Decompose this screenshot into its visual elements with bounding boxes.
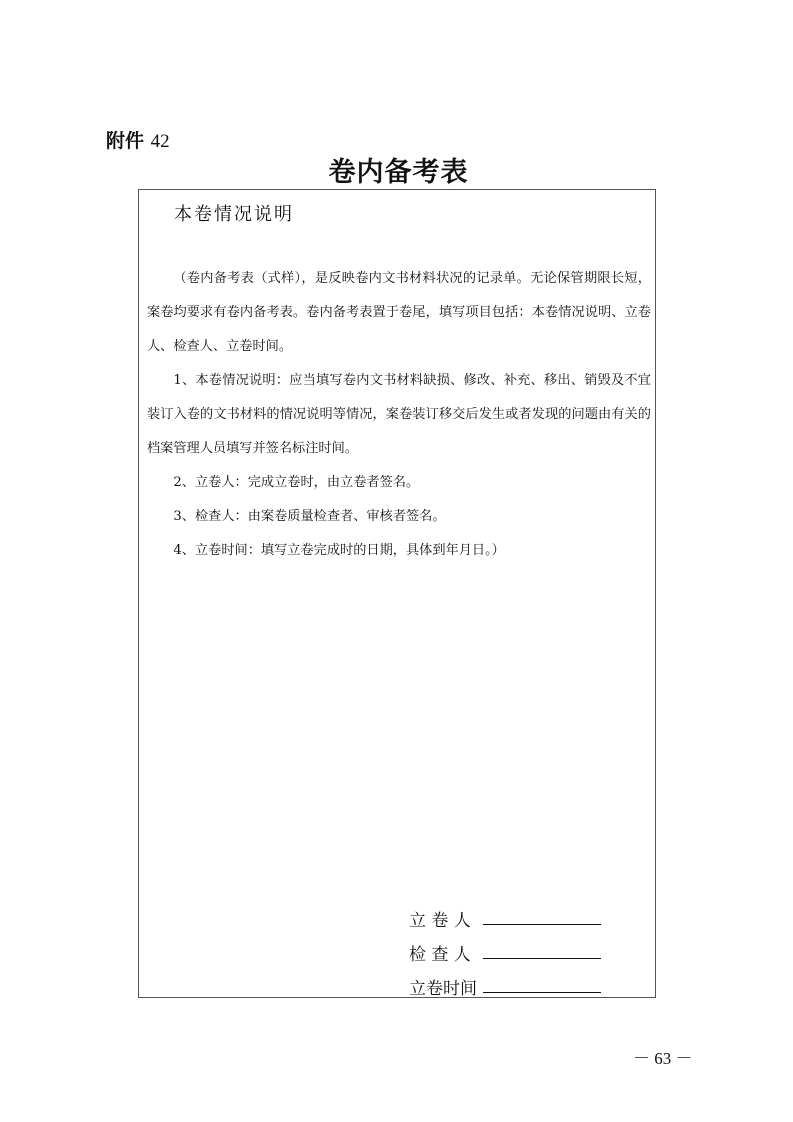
checker-signature-field[interactable]: [483, 938, 601, 959]
signature-row-filer: 立 卷 人: [409, 897, 601, 931]
paragraph-intro: （卷内备考表（式样），是反映卷内文书材料状况的记录单。无论保管期限长短，案卷均要…: [147, 262, 651, 364]
filer-signature-field[interactable]: [483, 904, 601, 925]
signature-row-date: 立卷时间: [409, 965, 601, 999]
filing-date-label: 立卷时间: [409, 974, 483, 999]
signature-block: 立 卷 人 检 查 人 立卷时间: [409, 897, 601, 999]
attachment-label-text: 附件: [106, 130, 144, 152]
form-frame: 本卷情况说明 （卷内备考表（式样），是反映卷内文书材料状况的记录单。无论保管期限…: [138, 189, 656, 998]
page-number: － 63 －: [633, 1044, 693, 1069]
filer-label: 立 卷 人: [409, 906, 483, 931]
paragraph-item-1: 1、本卷情况说明：应当填写卷内文书材料缺损、修改、补充、移出、销毁及不宜装订入卷…: [147, 364, 651, 466]
paragraph-item-2: 2、立卷人：完成立卷时，由立卷者签名。: [147, 466, 651, 500]
attachment-label: 附件 42: [106, 126, 170, 153]
signature-row-checker: 检 查 人: [409, 931, 601, 965]
attachment-number: 42: [151, 131, 170, 152]
page-title: 卷内备考表: [0, 150, 793, 189]
filing-date-field[interactable]: [483, 972, 601, 993]
checker-label: 检 查 人: [409, 940, 483, 965]
paragraph-item-4: 4、立卷时间：填写立卷完成时的日期，具体到年月日。）: [147, 534, 651, 568]
section-heading: 本卷情况说明: [174, 200, 294, 226]
instructions-text: （卷内备考表（式样），是反映卷内文书材料状况的记录单。无论保管期限长短，案卷均要…: [147, 262, 651, 568]
paragraph-item-3: 3、检查人：由案卷质量检查者、审核者签名。: [147, 500, 651, 534]
